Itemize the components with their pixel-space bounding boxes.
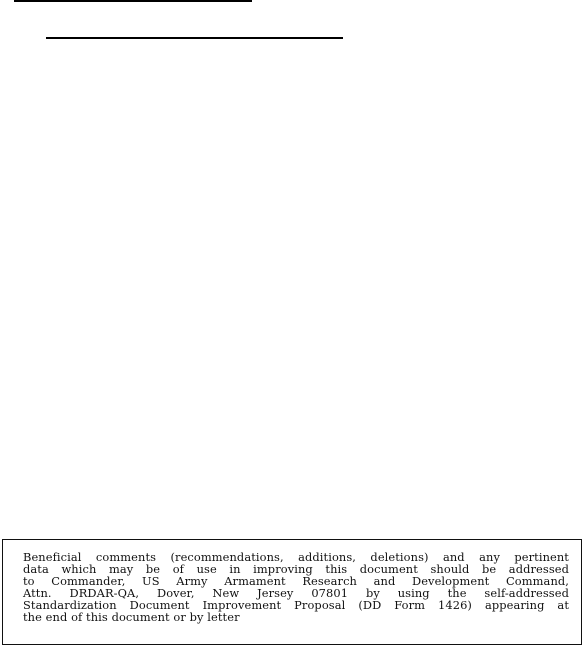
comments-notice-box: Beneficial comments (recommendations, ad… — [2, 539, 582, 645]
subtitle-underline-rule — [46, 37, 343, 39]
comments-notice-text: Beneficial comments (recommendations, ad… — [23, 551, 569, 624]
title-underline-rule — [14, 0, 252, 2]
notice-line-6: the end of this document or by letter — [23, 611, 569, 623]
